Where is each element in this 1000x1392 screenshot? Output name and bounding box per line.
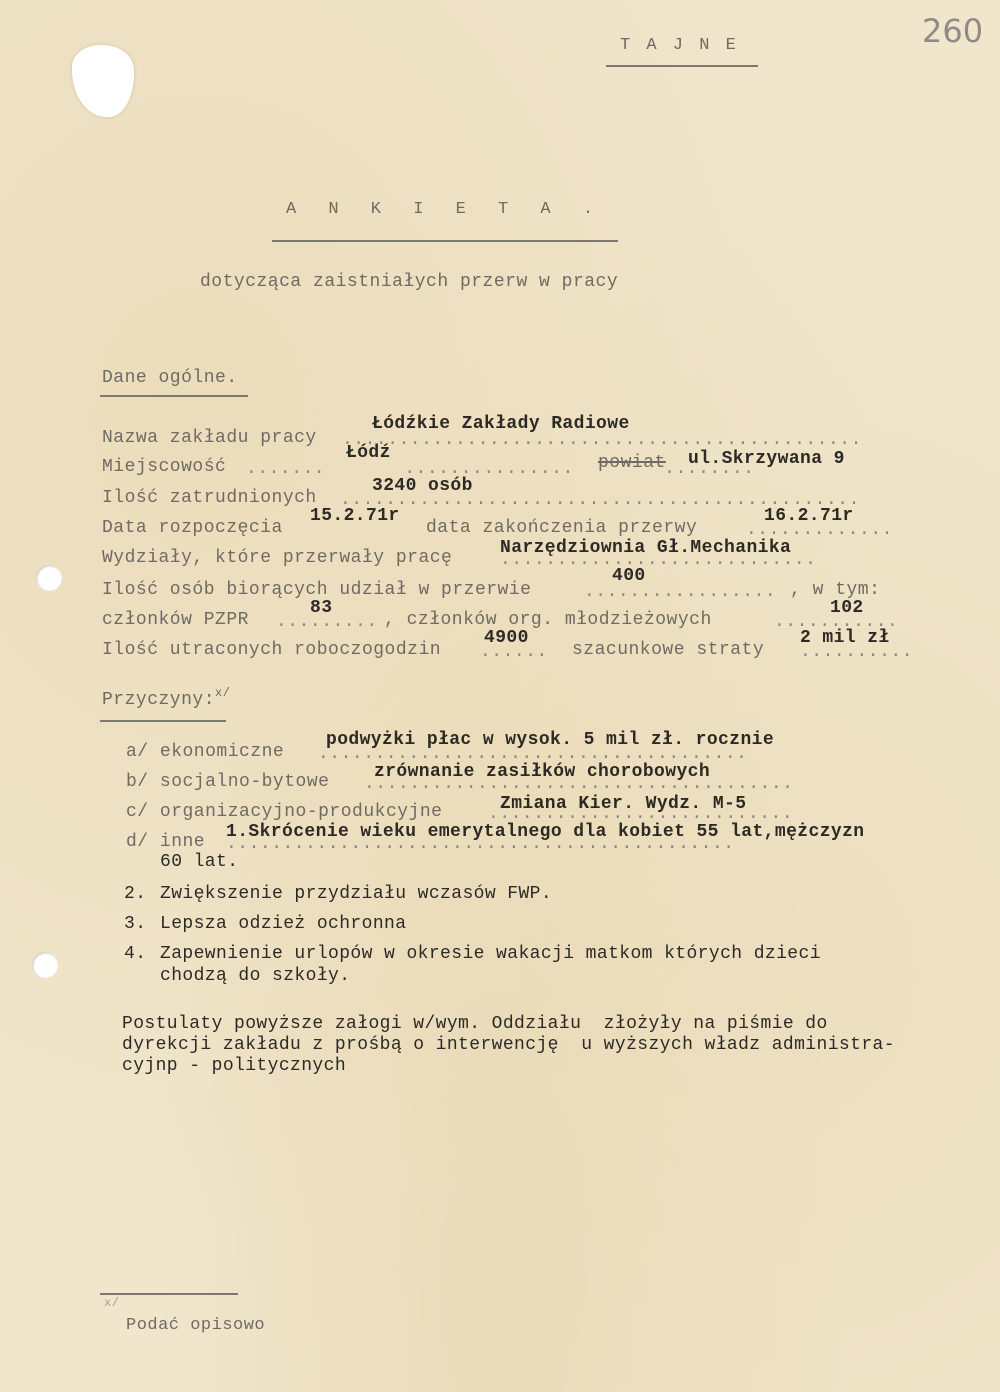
pzpr-members-value: 83 [310,598,332,618]
participants-value: 400 [612,566,646,586]
torn-hole [72,45,134,117]
workplace-name-value: Łódźkie Zakłady Radiowe [372,414,630,434]
dotted-leader: ....... ............... ........ [246,459,755,479]
page-number: 260 [922,12,983,50]
punch-hole-lower [32,952,58,978]
footnote-separator [100,1293,238,1295]
cause-social-value: zrównanie zasiłków chorobowych [374,762,710,782]
district-label-struck: powiat [598,453,666,473]
locality-value: Łódź [346,443,391,463]
punch-hole-upper [36,565,62,591]
cause-organizational-value: Zmiana Kier. Wydz. M-5 [500,794,746,814]
estimated-losses-value: 2 mil zł [800,628,890,648]
general-heading-underline [100,395,248,397]
classification-underline [606,65,758,67]
footnote-marker: x/ [215,686,230,700]
classification-stamp: T A J N E [620,36,739,55]
section-heading-causes: Przyczyny:x/ [102,690,230,710]
document-title: A N K I E T A . [286,200,604,219]
section-heading-general: Dane ogólne. [102,368,238,388]
causes-heading-underline [100,720,226,722]
title-underline [272,240,618,242]
footnote-text: Podać opisowo [126,1316,265,1335]
departments-value: Narzędziownia Gł.Mechanika [500,538,791,558]
cause-other-value: 1.Skrócenie wieku emerytalnego dla kobie… [226,822,865,842]
cause-economic-value: podwyżki płac w wysok. 5 mil zł. rocznie [326,730,774,750]
start-date-value: 15.2.71r [310,506,400,526]
employee-count-value: 3240 osób [372,476,473,496]
street-address-value: ul.Skrzywana 9 [688,449,845,469]
footnote-mark: x/ [104,1296,119,1310]
document-subtitle: dotycząca zaistniałych przerw w pracy [200,272,618,292]
end-date-value: 16.2.71r [764,506,854,526]
lost-hours-value: 4900 [484,628,529,648]
youth-members-value: 102 [830,598,864,618]
cause-other-continuation: 60 lat. [160,852,238,872]
